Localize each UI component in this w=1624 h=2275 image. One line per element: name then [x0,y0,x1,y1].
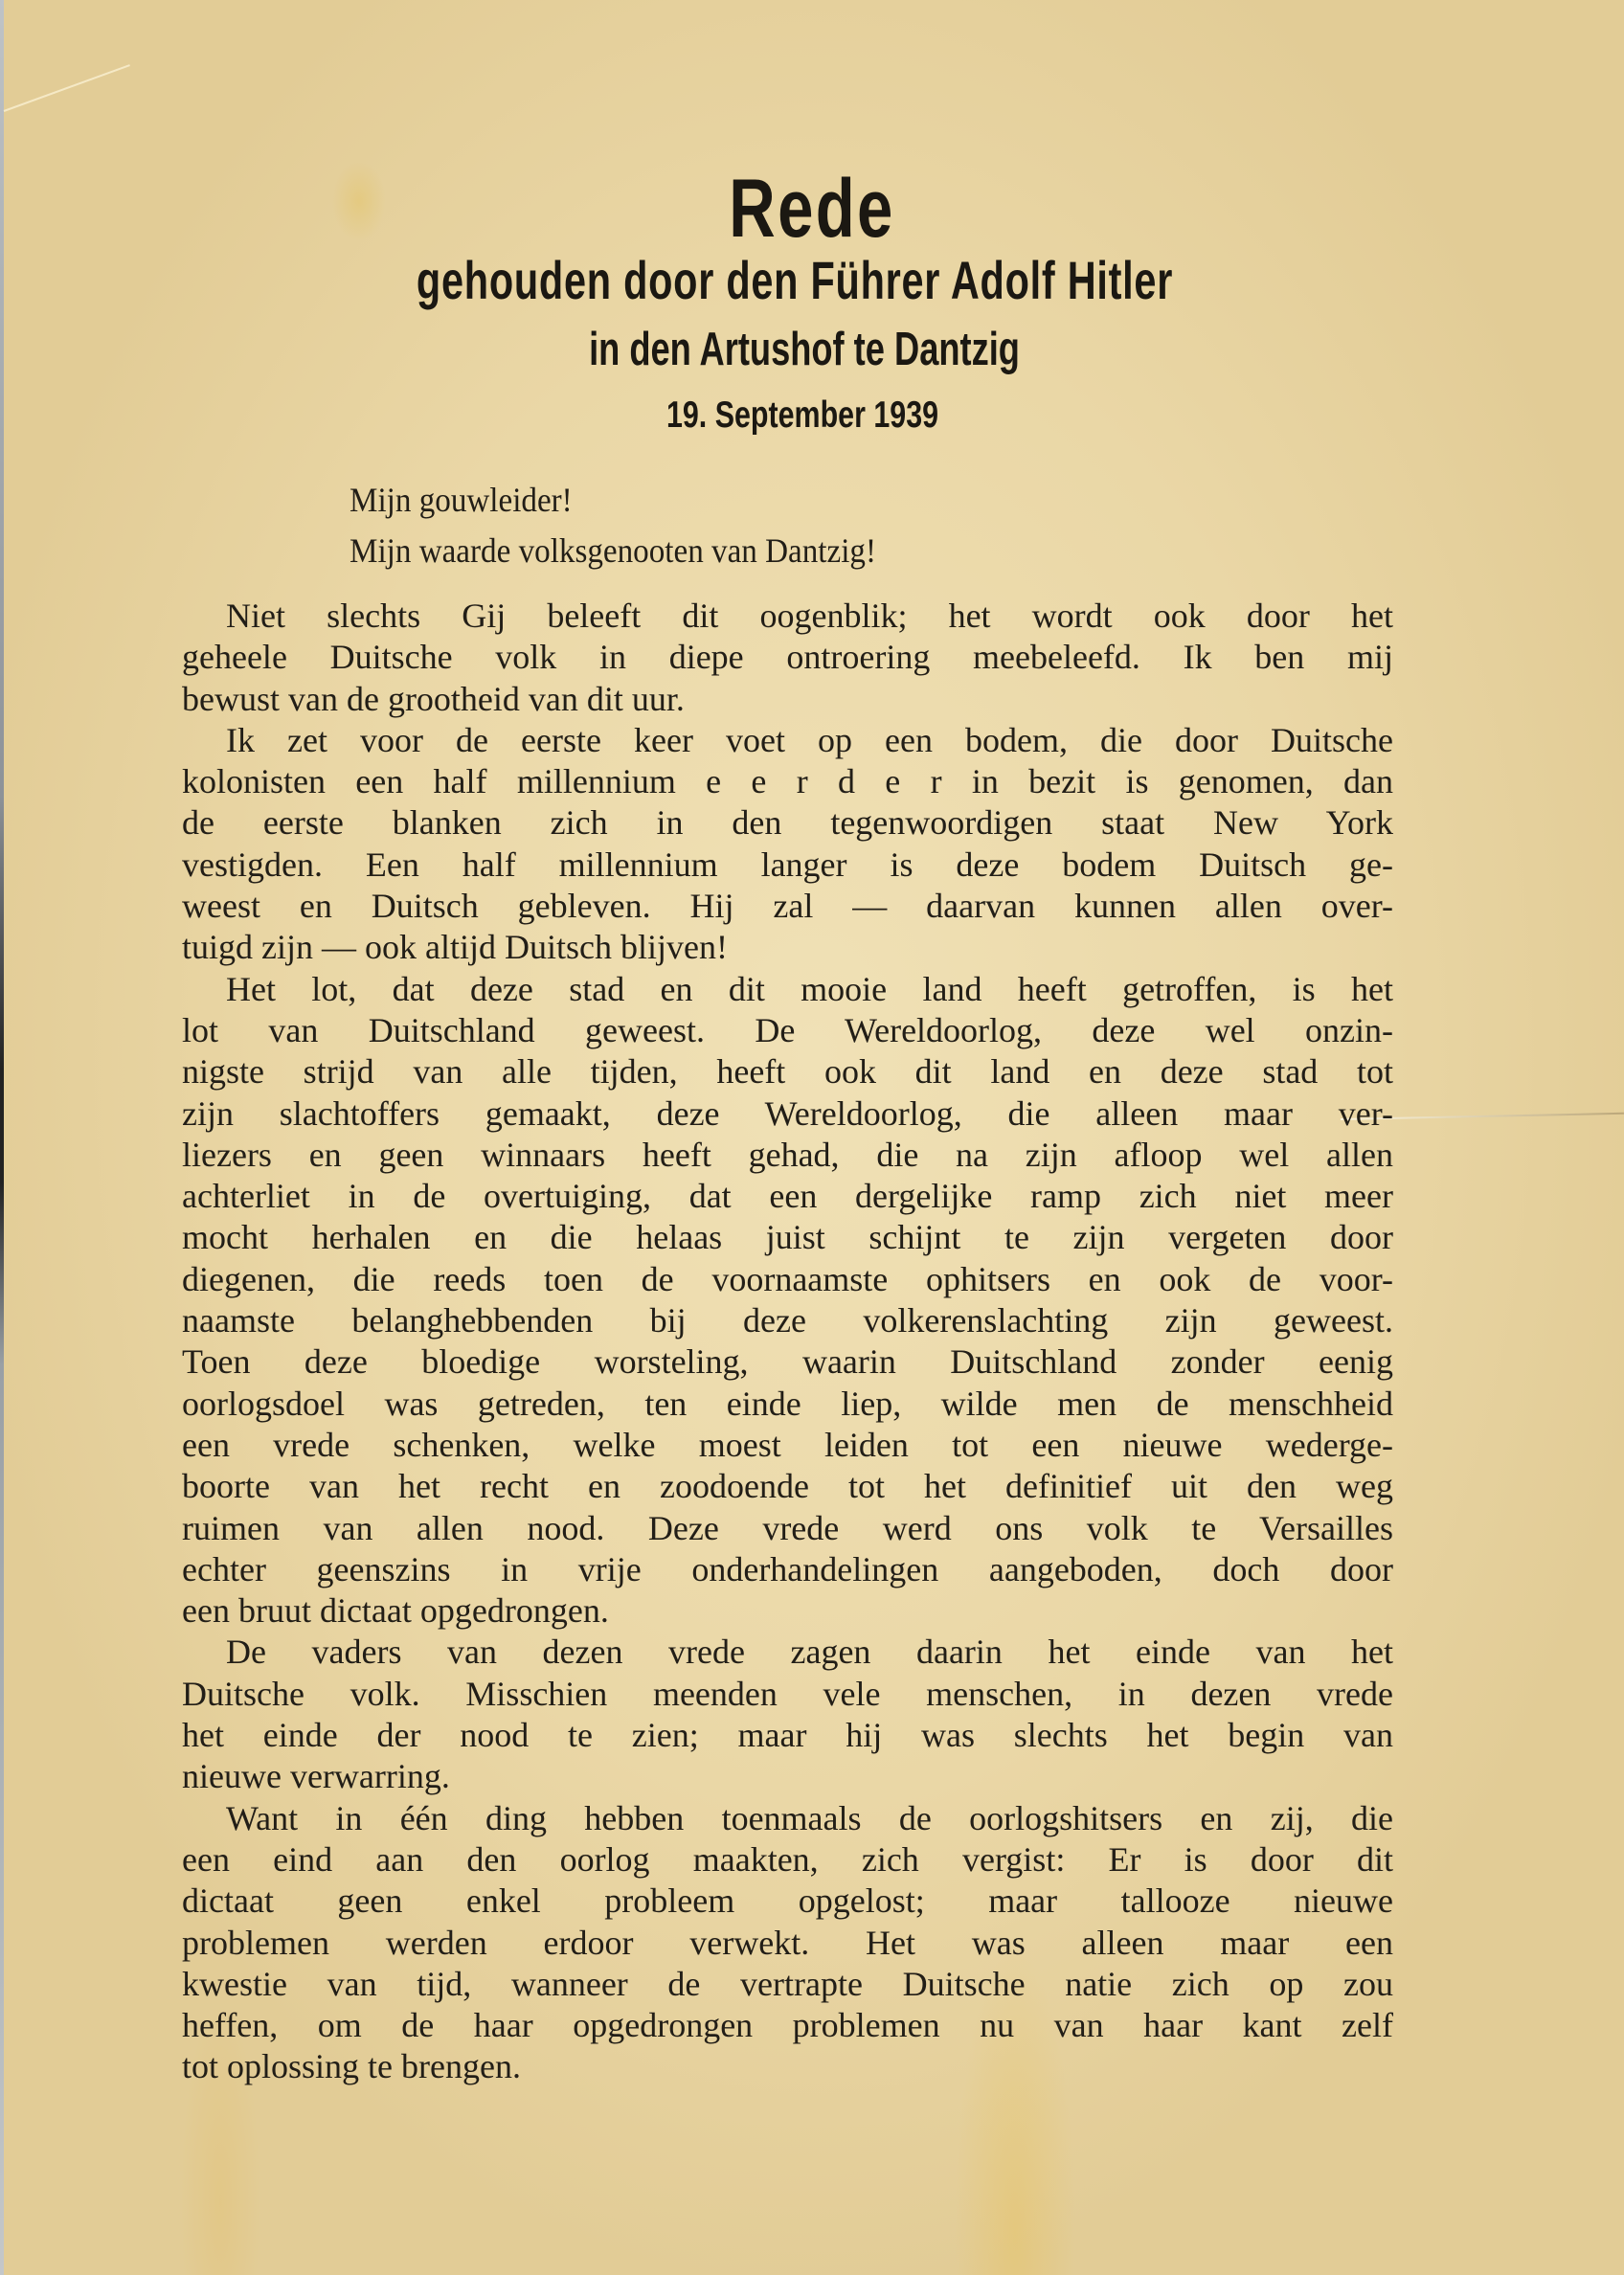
text-line: heffen, om de haar opgedrongen problemen… [182,2005,1393,2046]
salutation-line: Mijn gouwleider! [350,479,573,521]
text-line: echter geenszins in vrije onderhandeling… [182,1549,1393,1590]
text-line: Want in één ding hebben toenmaals de oor… [182,1798,1393,1839]
salutation-line: Mijn waarde volksgenooten van Dantzig! [350,529,876,572]
document-title: Rede [179,161,1446,257]
text-line: oorlogsdoel was getreden, ten einde liep… [182,1384,1393,1425]
text-line: problemen werden erdoor verwekt. Het was… [182,1923,1393,1964]
text-line: een bruut dictaat opgedrongen. [182,1590,1393,1632]
text-line: nigste strijd van alle tijden, heeft ook… [182,1051,1393,1092]
paragraph: Want in één ding hebben toenmaals de oor… [182,1798,1393,2088]
text-line: de eerste blanken zich in den tegenwoord… [182,802,1393,844]
text-line: ruimen van allen nood. Deze vrede werd o… [182,1508,1393,1549]
text-line: boorte van het recht en zoodoende tot he… [182,1466,1393,1507]
paragraph: De vaders van dezen vrede zagen daarin h… [182,1632,1393,1797]
text-line: Duitsche volk. Misschien meenden vele me… [182,1674,1393,1715]
scan-left-edge [0,0,4,2275]
text-line: tot oplossing te brengen. [182,2046,1393,2087]
text-line: diegenen, die reeds toen de voornaamste … [182,1259,1393,1300]
text-line: Ik zet voor de eerste keer voet op een b… [182,720,1393,761]
text-line: Het lot, dat deze stad en dit mooie land… [182,969,1393,1010]
text-line: Toen deze bloedige worsteling, waarin Du… [182,1341,1393,1383]
text-line: het einde der nood te zien; maar hij was… [182,1715,1393,1756]
text-line: een vrede schenken, welke moest leiden t… [182,1425,1393,1466]
text-line: kolonisten een half millennium e e r d e… [182,761,1393,802]
paper-crease-left [4,64,130,112]
text-line: nieuwe verwarring. [182,1756,1393,1797]
text-line: een eind aan den oorlog maakten, zich ve… [182,1839,1393,1881]
text-line: geheele Duitsche volk in diepe ontroerin… [182,637,1393,678]
document-place: in den Artushof te Dantzig [203,320,1405,379]
text-line: weest en Duitsch gebleven. Hij zal — daa… [182,886,1393,927]
paragraph: Niet slechts Gij beleeft dit oogenblik; … [182,596,1393,720]
text-line: kwestie van tijd, wanneer de vertrapte D… [182,1964,1393,2005]
text-line: lot van Duitschland geweest. De Wereldoo… [182,1010,1393,1051]
text-line: dictaat geen enkel probleem opgelost; ma… [182,1881,1393,1922]
text-line: bewust van de grootheid van dit uur. [182,679,1393,720]
paper-page: Rede gehouden door den Führer Adolf Hitl… [0,0,1624,2275]
text-line: achterliet in de overtuiging, dat een de… [182,1176,1393,1217]
text-line: mocht herhalen en die helaas juist schij… [182,1217,1393,1258]
document-date: 19. September 1939 [169,391,1436,440]
document-subtitle: gehouden door den Führer Adolf Hitler [193,247,1395,314]
paragraph: Het lot, dat deze stad en dit mooie land… [182,969,1393,1633]
paragraph: Ik zet voor de eerste keer voet op een b… [182,720,1393,969]
text-line: Niet slechts Gij beleeft dit oogenblik; … [182,596,1393,637]
text-line: liezers en geen winnaars heeft gehad, di… [182,1135,1393,1176]
text-line: vestigden. Een half millennium langer is… [182,845,1393,886]
text-line: De vaders van dezen vrede zagen daarin h… [182,1632,1393,1673]
text-line: zijn slachtoffers gemaakt, deze Wereldoo… [182,1093,1393,1135]
speech-body: Niet slechts Gij beleeft dit oogenblik; … [182,596,1393,2088]
text-line: naamste belanghebbenden bij deze volkere… [182,1300,1393,1341]
text-line: tuigd zijn — ook altijd Duitsch blijven! [182,927,1393,968]
